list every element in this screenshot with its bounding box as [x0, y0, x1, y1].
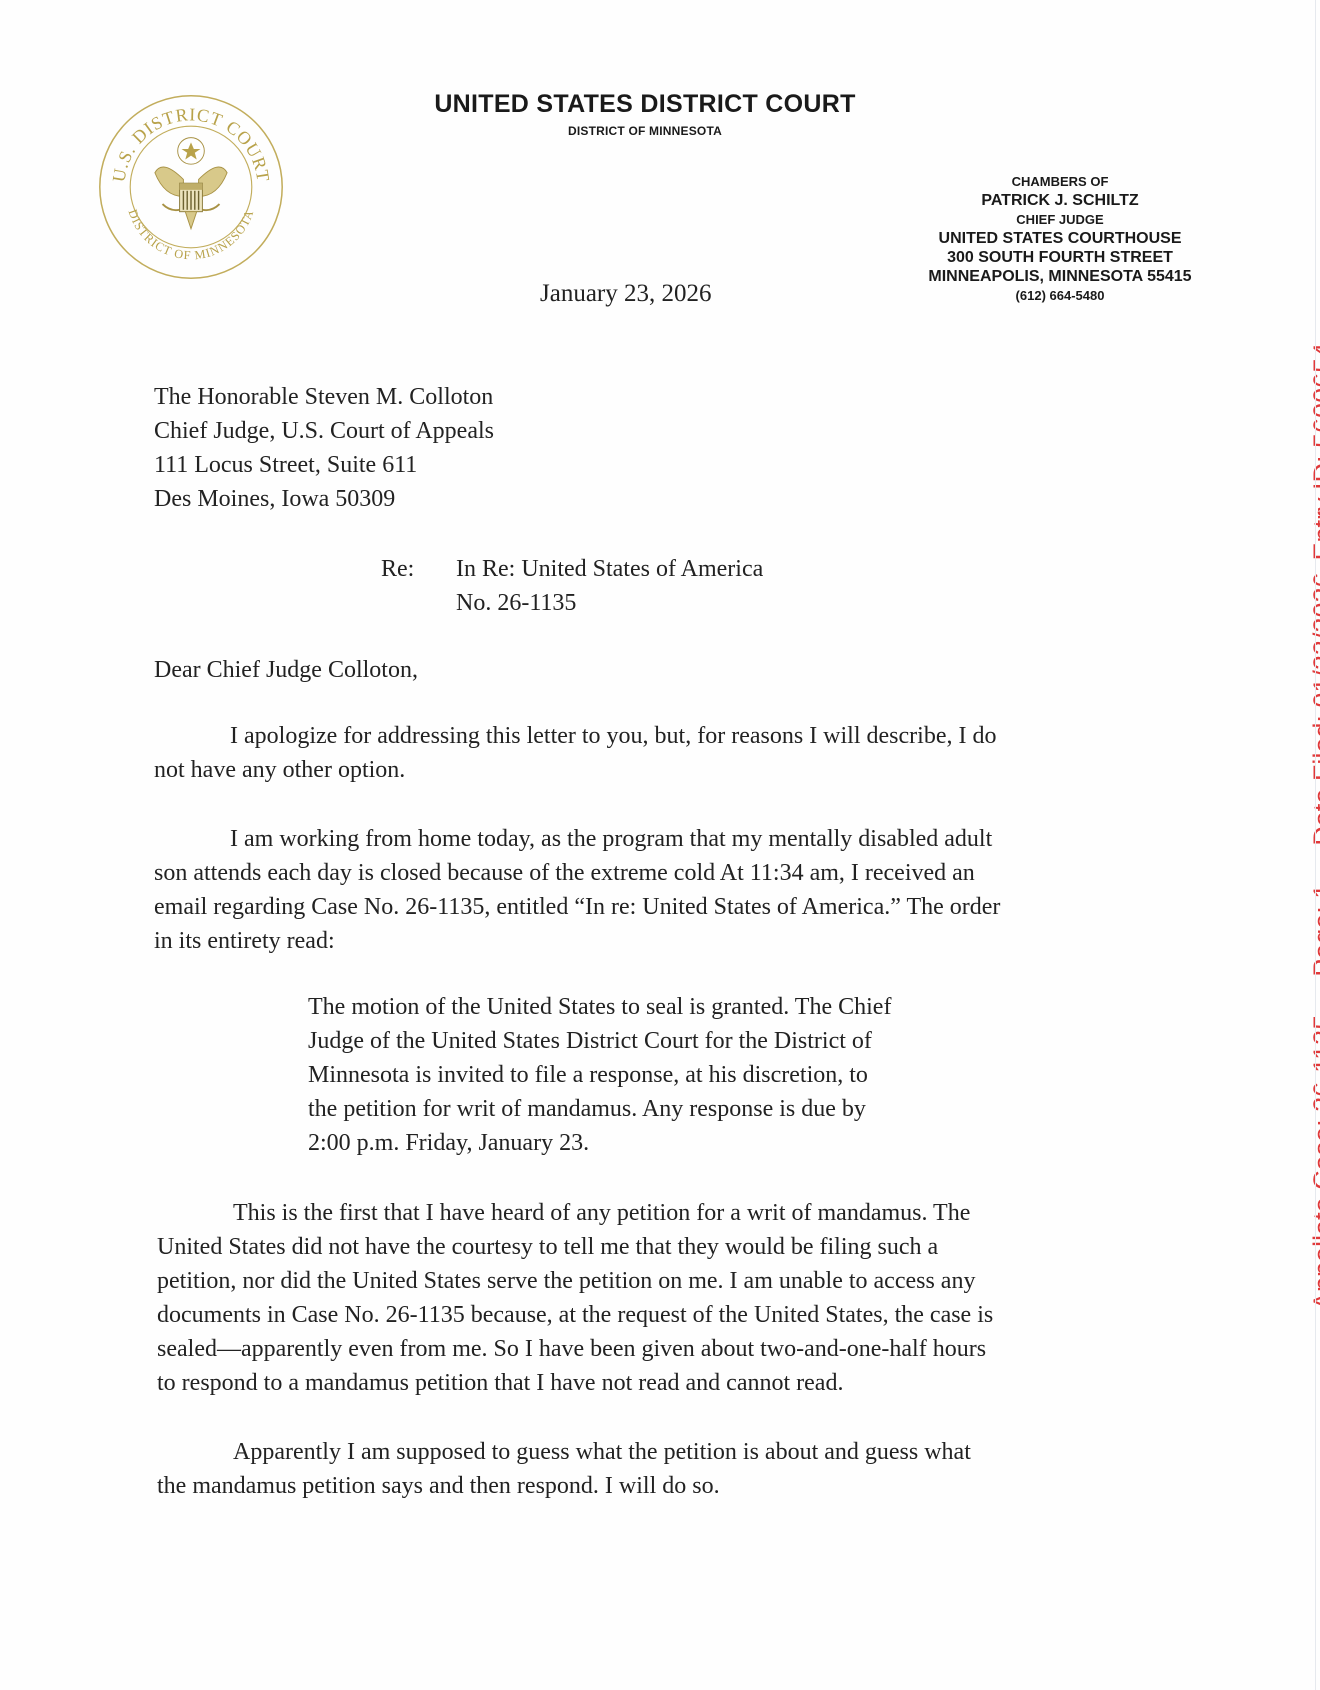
paragraph-line: I apologize for addressing this letter t…	[154, 719, 1144, 753]
body-paragraph: Apparently I am supposed to guess what t…	[157, 1435, 1147, 1503]
chambers-label: CHAMBERS OF	[890, 172, 1230, 191]
recipient-line: Chief Judge, U.S. Court of Appeals	[154, 414, 494, 448]
paragraph-line: documents in Case No. 26-1135 because, a…	[157, 1298, 1147, 1332]
paragraph-line: Apparently I am supposed to guess what t…	[157, 1435, 1147, 1469]
phone-number: (612) 664-5480	[890, 286, 1230, 305]
re-case-number: No. 26-1135	[456, 586, 763, 620]
paragraph-line: in its entirety read:	[154, 924, 1144, 958]
city-state-zip: MINNEAPOLIS, MINNESOTA 55415	[890, 267, 1230, 286]
court-title: UNITED STATES DISTRICT COURT	[380, 90, 910, 119]
re-case-name: In Re: United States of America	[456, 552, 763, 586]
paragraph-line: son attends each day is closed because o…	[154, 856, 1144, 890]
paragraph-line: This is the first that I have heard of a…	[157, 1196, 1147, 1230]
stamp-appellate-case: Appellate Case: 26-1135	[1308, 1015, 1320, 1310]
quote-line: the petition for writ of mandamus. Any r…	[308, 1092, 891, 1126]
recipient-line: Des Moines, Iowa 50309	[154, 482, 494, 516]
quote-line: The motion of the United States to seal …	[308, 990, 891, 1024]
letter-page: U.S. DISTRICT COURT DISTRICT OF MINNESOT…	[0, 0, 1320, 1690]
paragraph-line: the mandamus petition says and then resp…	[157, 1469, 1147, 1503]
re-label: Re:	[381, 552, 414, 586]
quote-line: Minnesota is invited to file a response,…	[308, 1058, 891, 1092]
judge-name: PATRICK J. SCHILTZ	[890, 191, 1230, 210]
recipient-address: The Honorable Steven M. Colloton Chief J…	[154, 380, 494, 516]
court-district: DISTRICT OF MINNESOTA	[380, 124, 910, 138]
body-paragraph: This is the first that I have heard of a…	[157, 1196, 1147, 1400]
paragraph-line: sealed—apparently even from me. So I hav…	[157, 1332, 1147, 1366]
re-subject: In Re: United States of America No. 26-1…	[456, 552, 763, 620]
quote-line: Judge of the United States District Cour…	[308, 1024, 891, 1058]
court-seal-icon: U.S. DISTRICT COURT DISTRICT OF MINNESOT…	[96, 92, 286, 282]
paragraph-line: United States did not have the courtesy …	[157, 1230, 1147, 1264]
quote-line: 2:00 p.m. Friday, January 23.	[308, 1126, 891, 1160]
letter-date: January 23, 2026	[540, 280, 712, 308]
page-edge-divider	[1315, 0, 1316, 1690]
stamp-date-filed: Date Filed: 01/23/2026	[1308, 573, 1320, 846]
paragraph-line: I am working from home today, as the pro…	[154, 822, 1144, 856]
recipient-line: 111 Locus Street, Suite 611	[154, 448, 494, 482]
salutation: Dear Chief Judge Colloton,	[154, 653, 418, 687]
judge-title: CHIEF JUDGE	[890, 210, 1230, 229]
paragraph-line: not have any other option.	[154, 753, 1144, 787]
stamp-page: Page: 1	[1308, 884, 1320, 977]
recipient-line: The Honorable Steven M. Colloton	[154, 380, 494, 414]
paragraph-line: to respond to a mandamus petition that I…	[157, 1366, 1147, 1400]
filing-stamp: Appellate Case: 26-1135Page: 1Date Filed…	[1308, 343, 1320, 1310]
stamp-entry-id: Entry ID: 5600654	[1308, 343, 1320, 561]
paragraph-line: petition, nor did the United States serv…	[157, 1264, 1147, 1298]
courthouse-name: UNITED STATES COURTHOUSE	[890, 229, 1230, 248]
quoted-order: The motion of the United States to seal …	[308, 990, 891, 1160]
chambers-address-block: CHAMBERS OF PATRICK J. SCHILTZ CHIEF JUD…	[890, 172, 1230, 305]
body-paragraph: I apologize for addressing this letter t…	[154, 719, 1144, 787]
paragraph-line: email regarding Case No. 26-1135, entitl…	[154, 890, 1144, 924]
body-paragraph: I am working from home today, as the pro…	[154, 822, 1144, 958]
street-address: 300 SOUTH FOURTH STREET	[890, 248, 1230, 267]
